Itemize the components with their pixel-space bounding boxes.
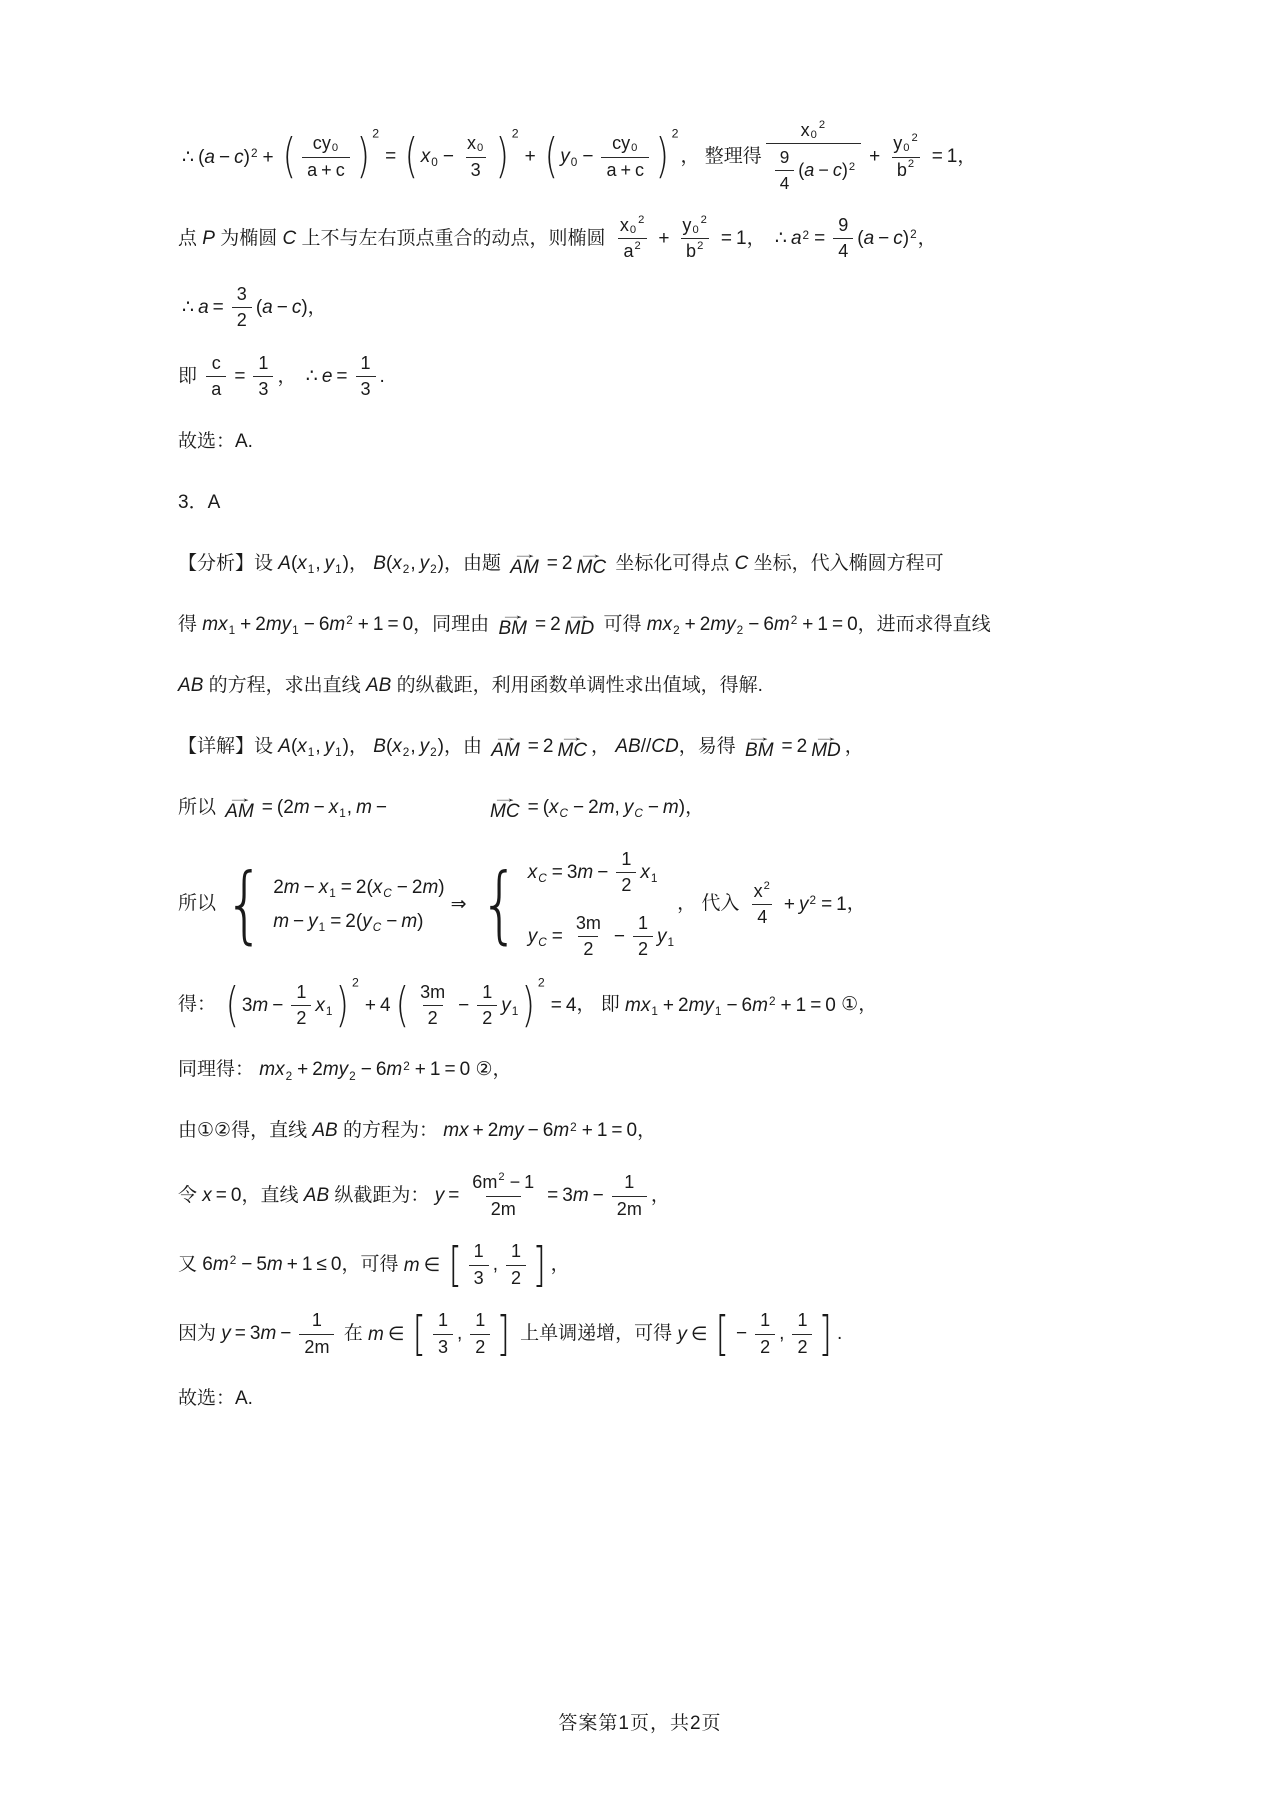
math-run: m∈ <box>368 1323 408 1346</box>
line-inequality: 又 6m2−5m+1≤0，可得 m∈[13,12]， <box>178 1239 1190 1291</box>
fraction: 3m2 <box>571 911 606 963</box>
fraction: x02a2 <box>615 213 650 265</box>
text-run: ，易得 <box>679 732 741 762</box>
text-run: ，由题 <box>444 549 506 579</box>
fraction: x24 <box>749 879 776 931</box>
math-run: , <box>457 1323 466 1345</box>
vector-notation: →MD <box>565 611 595 639</box>
line-ab-equation: 由①②得，直线 AB 的方程为： mx+2my−6m2+1=0， <box>178 1109 1190 1153</box>
fraction: 12m <box>612 1170 647 1222</box>
text-run: 故选：A. <box>178 1384 253 1414</box>
bracket-group: [−12,12] <box>713 1308 835 1360</box>
math-run: =1 <box>928 146 958 168</box>
paren-group: (x0−x03)2 <box>402 131 518 183</box>
fraction: 12 <box>755 1308 775 1360</box>
math-run: − <box>454 995 473 1017</box>
fraction: 12 <box>616 847 636 899</box>
text-run: 【详解】设 <box>178 732 278 762</box>
text-run: ， <box>847 889 866 919</box>
bracket-group: [13,12] <box>446 1239 548 1291</box>
cases-system: {2m−x1=2(xC−2m)m−y1=2(yC−m) <box>218 869 445 940</box>
paren-group: (3m2−12y1)2 <box>393 980 545 1032</box>
math-run: =1 <box>717 228 747 250</box>
fraction: 13 <box>356 351 376 403</box>
text-run: 为椭圆 <box>215 224 283 254</box>
line-answer-3: 故选：A. <box>178 1377 1190 1421</box>
math-run: mx1+2my1−6m2+1=0 <box>625 995 836 1017</box>
math-run: = <box>381 146 400 168</box>
text-run: ， <box>349 549 373 579</box>
text-run: 所以 <box>178 793 221 823</box>
text-run: ①， <box>836 990 877 1020</box>
text-run: ， <box>591 732 615 762</box>
text-run: 点 <box>178 224 202 254</box>
text-run: 上单调递增，可得 <box>515 1319 678 1349</box>
math-run: x1 <box>315 995 333 1017</box>
vector-notation: →AM <box>225 794 254 822</box>
text-run: ，直线 <box>241 1181 303 1211</box>
fraction: y02b2 <box>677 213 712 265</box>
math-run: − <box>732 1323 751 1345</box>
text-run: ， <box>349 732 373 762</box>
math-run: =(xC−2m,yC−m) <box>524 797 686 819</box>
math-run: , <box>779 1323 788 1345</box>
math-run: C <box>735 553 749 575</box>
text-run: 即 <box>178 362 202 392</box>
math-run: = <box>230 366 249 388</box>
vector-arrow-icon: → <box>566 611 594 619</box>
text-run: 由①②得，直线 <box>178 1116 312 1146</box>
math-run: y∈ <box>677 1323 711 1346</box>
text-run: ， <box>957 142 976 172</box>
text-run: 【分析】设 <box>178 549 278 579</box>
text-run: ， <box>747 224 771 254</box>
fraction: 6m2−12m <box>467 1170 539 1222</box>
line-point-p: 点 P 为椭圆 C 上不与左右顶点重合的动点，则椭圆 x02a2+y02b2=1… <box>178 213 1190 265</box>
math-run: A(x1,y1) <box>278 736 349 758</box>
cases-system: {xC=3m−12x1yC=3m2−12y1 <box>473 847 676 963</box>
text-run: 纵截距为： <box>329 1181 435 1211</box>
text-run: ， <box>918 224 937 254</box>
vector-arrow-icon: → <box>511 550 539 558</box>
vector-arrow-icon: → <box>491 794 519 802</box>
math-run: ∴e= <box>302 365 352 388</box>
math-run: + <box>865 146 884 168</box>
math-run: ∴a2= <box>771 227 829 250</box>
text-run: 得： <box>178 990 221 1020</box>
math-run: x=0 <box>202 1185 241 1207</box>
line-analysis-1: 【分析】设 A(x1,y1)， B(x2,y2)，由题 →AM=2→MC 坐标化… <box>178 542 1190 586</box>
fraction: 12 <box>506 1239 526 1291</box>
line-eccentricity: 即 ca=13， ∴e=13. <box>178 351 1190 403</box>
math-run: =2 <box>543 553 573 575</box>
math-run: xC=3m− <box>528 862 613 884</box>
math-run: . <box>837 1323 842 1345</box>
fraction: 13 <box>433 1308 453 1360</box>
line-system: 所以{2m−x1=2(xC−2m)m−y1=2(yC−m)⇒{xC=3m−12x… <box>178 847 1190 963</box>
math-run: mx1+2my1−6m2+1=0 <box>202 614 413 636</box>
vector-notation: →BM <box>498 611 527 639</box>
math-run: +y2=1 <box>780 894 847 916</box>
paren-group: (y0−cy0a+c)2 <box>542 131 679 183</box>
math-run: yC= <box>528 926 567 948</box>
math-run: x1 <box>640 862 658 884</box>
math-run: 2m−x1=2(xC−2m) <box>273 877 444 899</box>
fraction: 12 <box>291 980 311 1032</box>
math-run: =(2m−x1,m− <box>258 797 391 819</box>
text-run: ， <box>308 293 327 323</box>
text-run: 的方程，求出直线 <box>203 671 366 701</box>
math-run: AB//CD <box>615 736 678 758</box>
line-analysis-2: 得 mx1+2my1−6m2+1=0，同理由 →BM=2→MD 可得 mx2+2… <box>178 603 1190 647</box>
line-problem-3: 3．A <box>178 481 1190 525</box>
text-run: ， 即 <box>576 990 625 1020</box>
math-run: B(x2,y2) <box>373 553 444 575</box>
vector-notation: →MD <box>811 733 841 761</box>
math-run: x0− <box>421 146 458 168</box>
line-intercept: 令 x=0，直线 AB 纵截距为： y=6m2−12m=3m−12m， <box>178 1170 1190 1222</box>
math-run: =2 <box>524 736 554 758</box>
line-similarly: 同理得： mx2+2my2−6m2+1=0 ②， <box>178 1048 1190 1092</box>
math-run: m−y1=2(yC−m) <box>273 911 423 933</box>
text-run: 因为 <box>178 1319 221 1349</box>
fraction: x0294(a−c)2 <box>766 118 861 196</box>
text-run: ，进而求得直线 <box>858 610 991 640</box>
text-run: ， <box>845 732 864 762</box>
fraction: cy0a+c <box>302 131 350 183</box>
vector-arrow-icon: → <box>577 550 605 558</box>
text-run: 坐标，代入椭圆方程可 <box>748 549 943 579</box>
math-run: mx2+2my2−6m2+1=0 <box>259 1059 470 1081</box>
vector-arrow-icon: → <box>745 733 773 741</box>
math-run: ∴a= <box>178 296 228 319</box>
brace-icon: { <box>479 869 519 940</box>
vector-arrow-icon: → <box>812 733 840 741</box>
text-run: ②， <box>470 1055 511 1085</box>
text-run: 又 <box>178 1250 202 1280</box>
brace-icon: { <box>225 869 265 940</box>
vector-arrow-icon: → <box>226 794 254 802</box>
math-run: 3m− <box>242 995 288 1017</box>
vector-notation: →MC <box>490 794 520 822</box>
document-page: ∴(a−c)2+(cy0a+c)2=(x0−x03)2+(y0−cy0a+c)2… <box>0 0 1280 1793</box>
math-run: y= <box>435 1185 464 1207</box>
line-derive: 得： (3m−12x1)2+4(3m2−12y1)2=4， 即 mx1+2my1… <box>178 980 1190 1032</box>
fraction: 13 <box>253 351 273 403</box>
text-run: ，同理由 <box>413 610 494 640</box>
math-run: . <box>380 366 385 388</box>
vector-arrow-icon: → <box>499 611 527 619</box>
math-run: m∈ <box>404 1254 444 1277</box>
text-run: ， <box>637 1116 656 1146</box>
bracket-group: [13,12] <box>410 1308 512 1360</box>
text-run: 所以 <box>178 889 216 919</box>
math-run: ∴(a−c)2+ <box>178 146 278 169</box>
math-run: =3m− <box>543 1185 608 1207</box>
line-monotonic: 因为 y=3m−12m 在 m∈[13,12] 上单调递增，可得 y∈[−12,… <box>178 1308 1190 1360</box>
math-run: AB <box>312 1120 337 1142</box>
math-run: =2 <box>778 736 808 758</box>
text-run: 的纵截距，利用函数单调性求出值域，得解. <box>391 671 763 701</box>
math-run: + <box>521 146 540 168</box>
fraction: 12 <box>470 1308 490 1360</box>
math-run: y=3m− <box>221 1323 295 1345</box>
math-run: P <box>202 228 215 250</box>
text-run: 上不与左右顶点重合的动点，则椭圆 <box>296 224 611 254</box>
fraction: 32 <box>232 282 252 334</box>
vector-notation: →BM <box>745 733 774 761</box>
vector-notation: →AM <box>510 550 539 578</box>
fraction: 94 <box>775 145 795 195</box>
vector-notation: →MC <box>557 733 587 761</box>
line-eq-expand: ∴(a−c)2+(cy0a+c)2=(x0−x03)2+(y0−cy0a+c)2… <box>178 118 1190 196</box>
line-detail-2: 所以 →AM=(2m−x1,m−→MC=(xC−2m,yC−m)， <box>178 786 1190 830</box>
math-run: − <box>610 926 629 948</box>
fraction: 12m <box>299 1308 334 1360</box>
vector-notation: →AM <box>491 733 520 761</box>
math-run: (a−c) <box>256 297 308 319</box>
math-run: , <box>493 1254 502 1276</box>
text-run: ，由 <box>444 732 487 762</box>
vector-arrow-icon: → <box>558 733 586 741</box>
fraction: x03 <box>462 131 489 183</box>
fraction: 3m2 <box>415 980 450 1032</box>
text-run: ， <box>651 1181 670 1211</box>
math-run: A(x1,y1) <box>278 553 349 575</box>
line-a-eq: ∴a=32(a−c)， <box>178 282 1190 334</box>
fraction: 12 <box>477 980 497 1032</box>
text-run: ， <box>551 1250 570 1280</box>
math-run: C <box>283 228 297 250</box>
vector-arrow-icon: → <box>492 733 520 741</box>
text-run: ，可得 <box>341 1250 403 1280</box>
fraction: 13 <box>469 1239 489 1291</box>
math-run: mx+2my−6m2+1=0 <box>443 1120 637 1142</box>
math-run: AB <box>304 1185 329 1207</box>
text-run: ， 代入 <box>677 889 745 919</box>
math-run: (a−c)2 <box>857 228 917 250</box>
text-run: 坐标化可得点 <box>610 549 735 579</box>
fraction: 12 <box>792 1308 812 1360</box>
math-run: AB <box>366 675 391 697</box>
page-footer: 答案第1页，共2页 <box>0 1708 1280 1735</box>
content: ∴(a−c)2+(cy0a+c)2=(x0−x03)2+(y0−cy0a+c)2… <box>178 118 1190 1421</box>
paren-group: (cy0a+c)2 <box>280 131 380 183</box>
math-run: y0− <box>560 146 597 168</box>
page-number-text: 答案第1页，共2页 <box>558 1713 721 1734</box>
fraction: 12 <box>633 911 653 963</box>
fraction: y02b2 <box>888 131 923 183</box>
text-run: 在 <box>338 1319 368 1349</box>
line-detail-1: 【详解】设 A(x1,y1)， B(x2,y2)，由 →AM=2→MC， AB/… <box>178 725 1190 769</box>
math-run: + <box>654 228 673 250</box>
text-run: ， <box>685 793 704 823</box>
line-answer-2: 故选：A. <box>178 420 1190 464</box>
text-run: 3．A <box>178 488 220 518</box>
text-run: ， 整理得 <box>680 142 761 172</box>
text-run: ， <box>277 362 301 392</box>
text-run: 同理得： <box>178 1055 259 1085</box>
text-run: 的方程为： <box>338 1116 444 1146</box>
text-run: 可得 <box>598 610 647 640</box>
math-run: =4 <box>547 995 577 1017</box>
math-run: y1 <box>501 995 519 1017</box>
math-run: B(x2,y2) <box>373 736 444 758</box>
math-run: 6m2−5m+1≤0 <box>202 1254 341 1276</box>
text-run: 故选：A. <box>178 427 253 457</box>
math-run: ⇒ <box>447 893 471 916</box>
text-run: 令 <box>178 1181 202 1211</box>
math-run: mx2+2my2−6m2+1=0 <box>647 614 858 636</box>
vector-notation: →MC <box>576 550 606 578</box>
fraction: cy0a+c <box>601 131 649 183</box>
math-run: (a−c)2 <box>798 159 856 182</box>
math-run: y1 <box>657 926 675 948</box>
fraction: ca <box>206 351 226 403</box>
fraction: 94 <box>833 213 853 265</box>
line-analysis-3: AB 的方程，求出直线 AB 的纵截距，利用函数单调性求出值域，得解. <box>178 664 1190 708</box>
math-run: AB <box>178 675 203 697</box>
math-run: +4 <box>361 995 391 1017</box>
text-run: 得 <box>178 610 202 640</box>
math-run: =2 <box>531 614 561 636</box>
paren-group: (3m−12x1)2 <box>223 980 359 1032</box>
